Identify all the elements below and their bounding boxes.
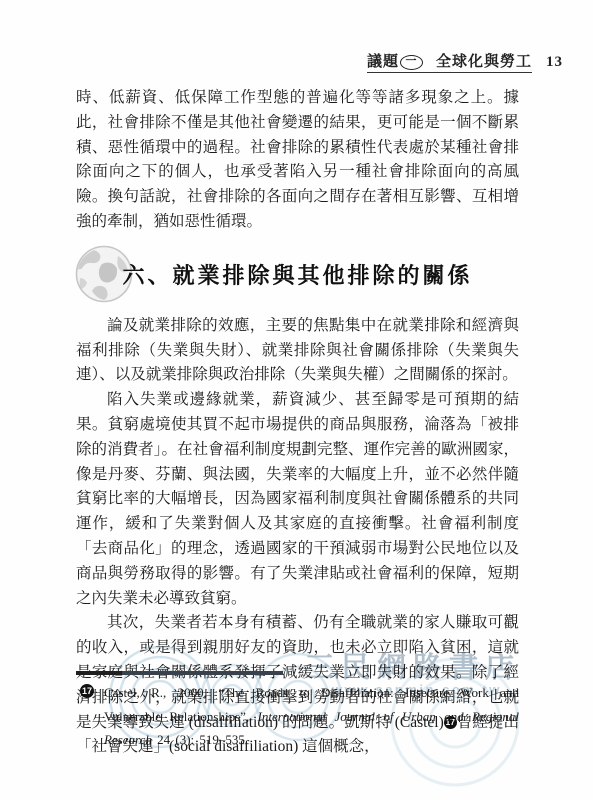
section-heading: 六、就業排除與其他排除的關係 xyxy=(76,248,519,304)
page-number: 13 xyxy=(546,54,563,70)
footnote-marker-badge: 17 xyxy=(80,684,94,698)
paragraph: 時、低薪資、低保障工作型態的普遍化等等諸多現象之上。據此，社會排除不僅是其他社會… xyxy=(76,86,519,235)
paragraph: 論及就業排除的效應，主要的焦點集中在就業排除和經濟與福利排除（失業與失財）、就業… xyxy=(76,314,519,388)
section-heading-block: 六、就業排除與其他排除的關係 xyxy=(76,248,519,304)
footnote: 17 Castel, R., 2000, “The Roads to Disaf… xyxy=(76,681,519,752)
chapter-title: 全球化與勞工 xyxy=(436,54,532,70)
section-label: 議題 xyxy=(367,54,399,70)
body-text: 時、低薪資、低保障工作型態的普遍化等等諸多現象之上。據此，社會排除不僅是其他社會… xyxy=(76,86,519,760)
footnote-divider xyxy=(76,671,283,675)
book-page: 三民網路書店 www.sanmin.com.tw 議題一全球化與勞工13 時、低… xyxy=(0,0,593,800)
paragraph: 陷入失業或邊緣就業，薪資減少、甚至歸零是可預期的結果。貧窮處境使其買不起市場提供… xyxy=(76,388,519,611)
footnote-citation-end: 24 (3): 519–535. xyxy=(152,732,248,747)
running-header-section: 議題一全球化與勞工 xyxy=(367,54,532,73)
footnote-text: Castel, R., 2000, “The Roads to Disaffil… xyxy=(104,681,519,752)
section-number-badge: 一 xyxy=(400,55,423,70)
running-header: 議題一全球化與勞工13 xyxy=(367,50,563,71)
